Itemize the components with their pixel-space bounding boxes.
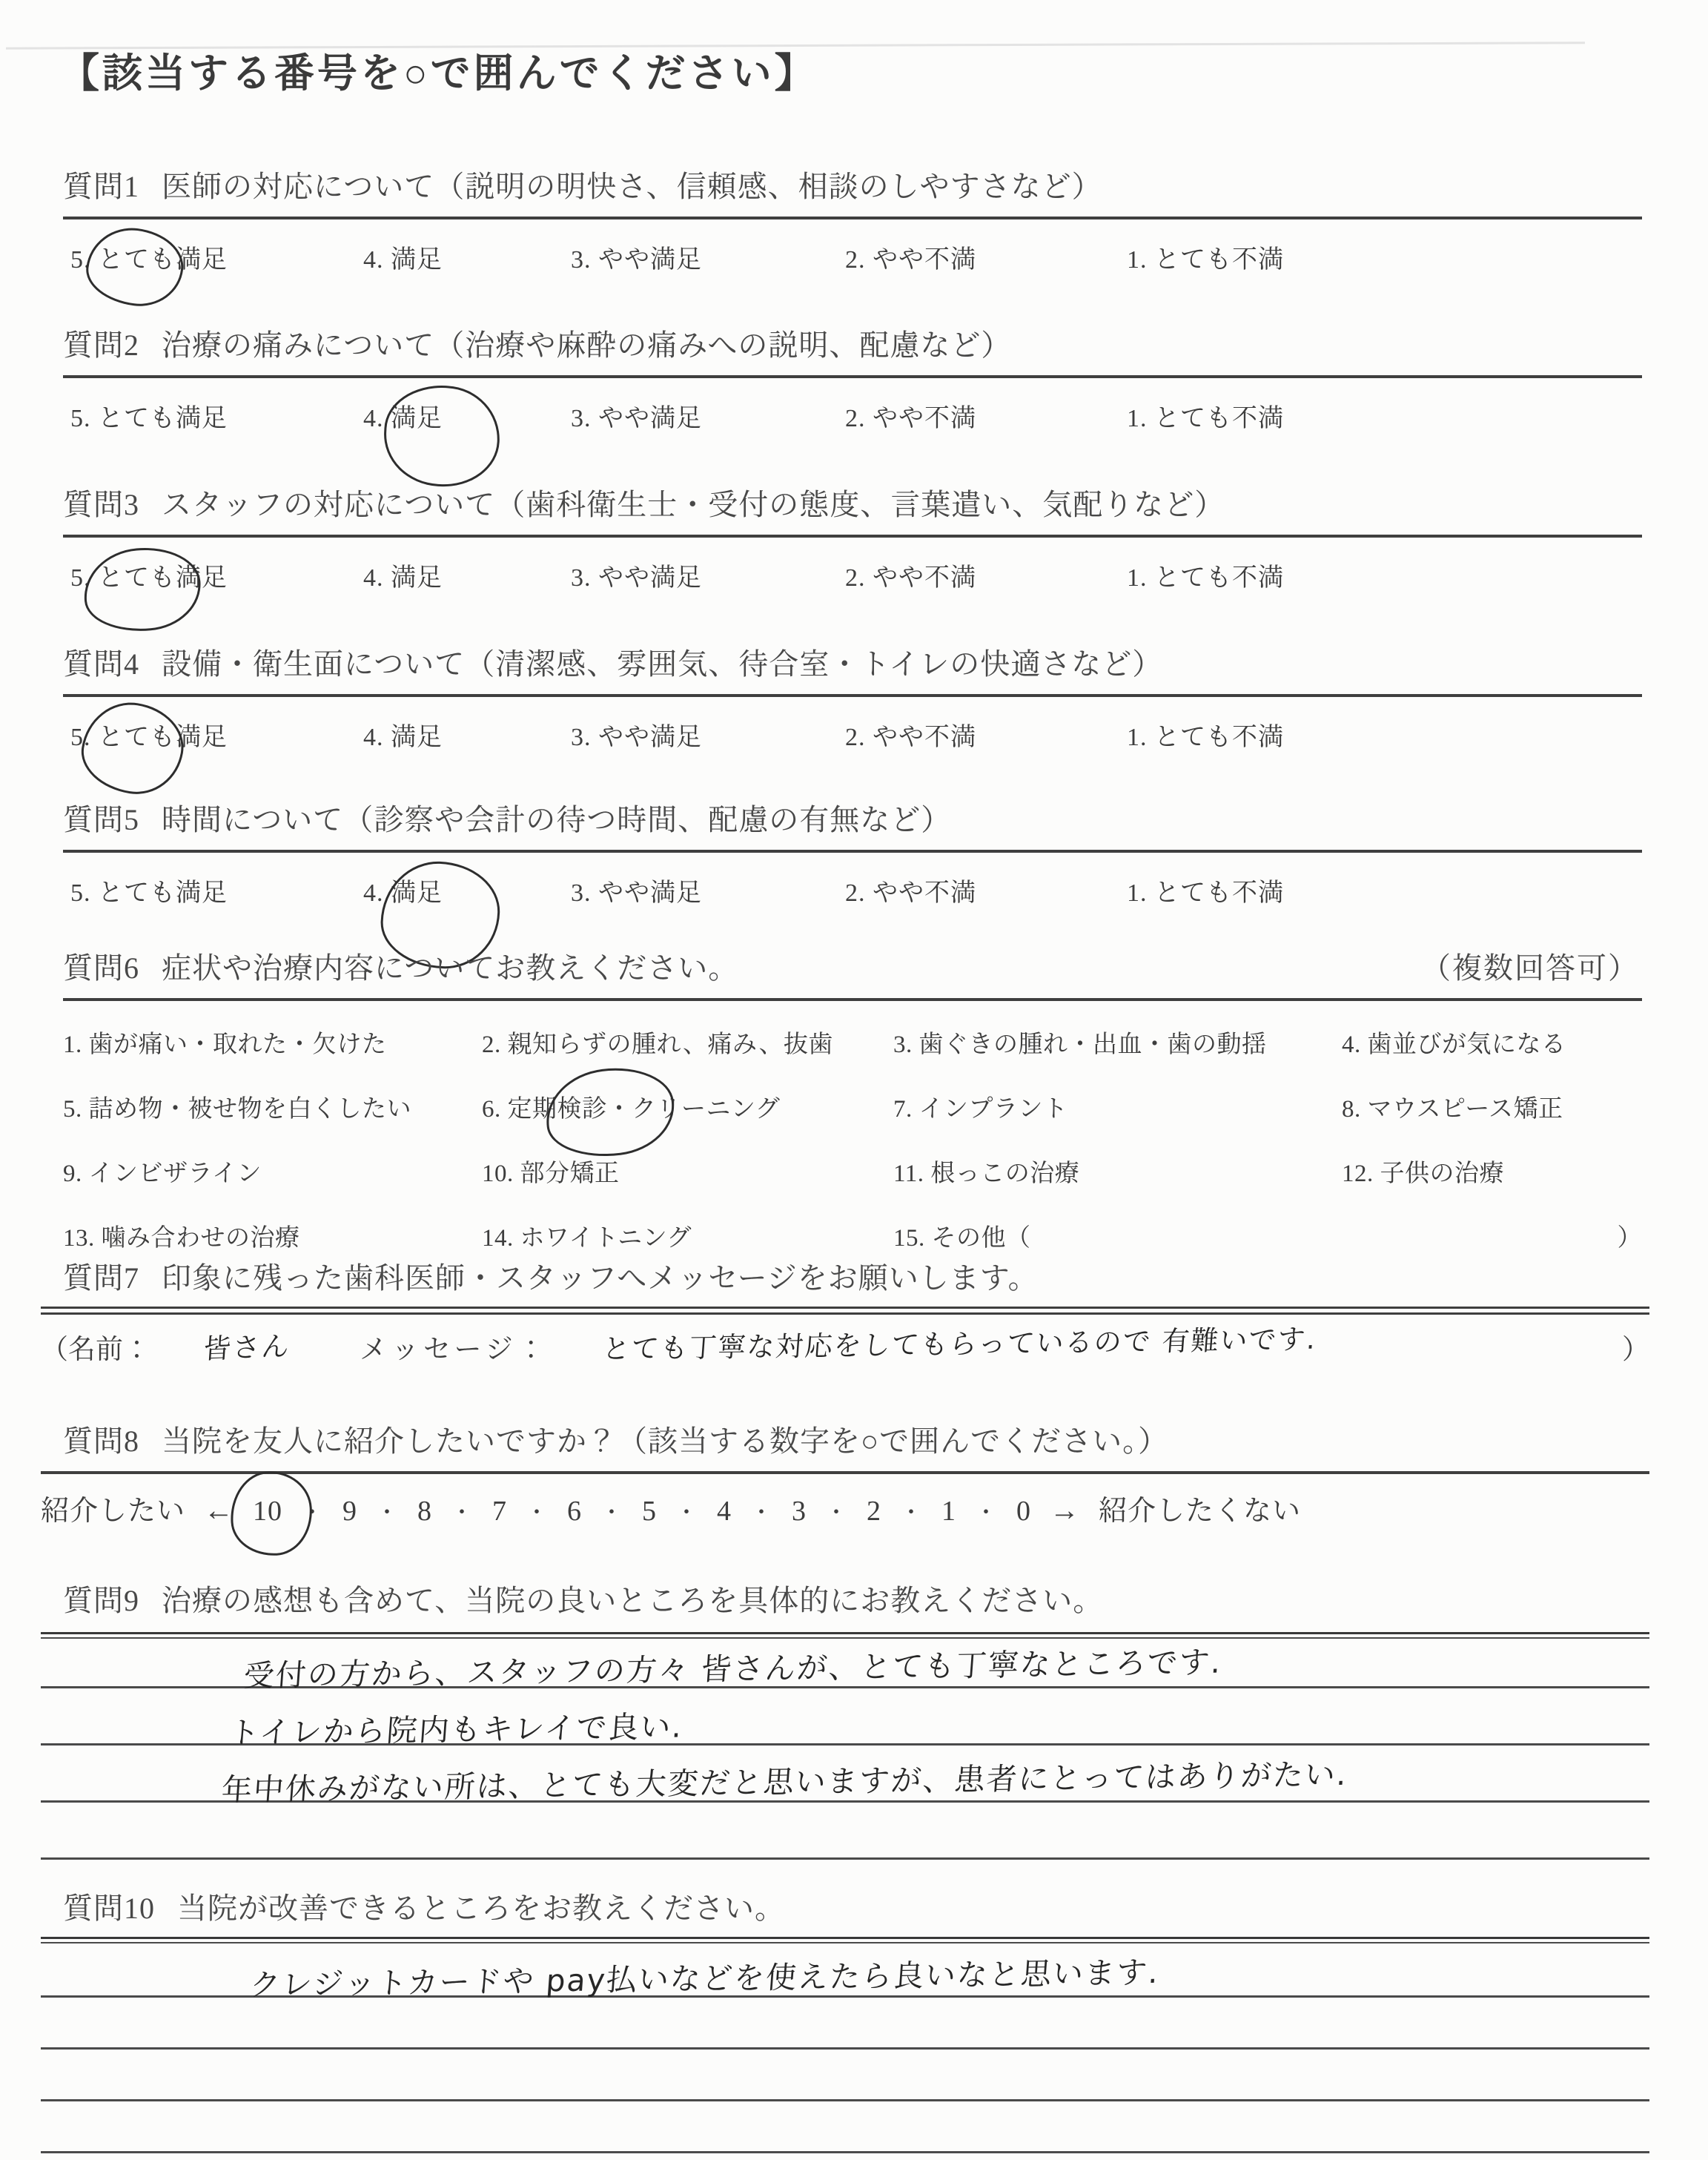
q10-handwriting-1: クレジットカードや pay払いなどを使えたら良いなと思います.: [248, 1948, 1161, 2004]
option-q2-1: 1. とても不満: [1127, 397, 1284, 434]
scanned-survey-page: 【該当する番号を○で囲んでください】 質問1医師の対応について（説明の明快さ、信…: [0, 0, 1708, 2160]
q10-answer-line-3: [41, 2050, 1649, 2101]
q8-number-10: 10: [253, 1495, 282, 1527]
q9-answer-line-3: 年中休みがない所は、とても大変だと思いますが、患者にとってはありがたい.: [41, 1745, 1649, 1803]
q8-number-4: 4: [717, 1495, 732, 1527]
question-5-options: 5. とても満足 4. 満足 3. やや満足 2. やや不満 1. とても不満: [63, 862, 1642, 914]
option-q1-2: 2. やや不満: [845, 239, 976, 275]
q6-item-3: 3. 歯ぐきの腫れ・出血・歯の動揺: [893, 1016, 1342, 1080]
divider-rule: [63, 375, 1642, 378]
option-q5-5: 5. とても満足: [70, 872, 228, 908]
q8-number-1: 1: [941, 1495, 956, 1527]
dot-separator: ・: [675, 1494, 698, 1527]
option-q4-1: 1. とても不満: [1127, 716, 1284, 753]
q6-item-9: 9. インビザライン: [63, 1145, 482, 1209]
dot-separator: ・: [451, 1494, 474, 1527]
option-label: 5. とても満足: [70, 724, 228, 751]
q8-number-5: 5: [642, 1495, 657, 1527]
question-9-title: 治療の感想も含めて、当院の良いところを具体的にお教えください。: [162, 1584, 1103, 1617]
question-5-heading: 質問5時間について（診察や会計の待つ時間、配慮の有無など）: [63, 802, 1642, 838]
question-7-title: 印象に残った歯科医師・スタッフへメッセージをお願いします。: [162, 1261, 1039, 1295]
circle-annotation-q2: [382, 383, 503, 489]
question-10-heading: 質問10当院が改善できるところをお教えください。: [63, 1891, 1649, 1926]
option-q3-3: 3. やや満足: [571, 557, 702, 593]
question-4-heading: 質問4設備・衛生面について（清潔感、雰囲気、待合室・トイレの快適さなど）: [63, 647, 1642, 682]
divider-rule: [63, 217, 1642, 219]
q6-item-7: 7. インプラント: [893, 1080, 1342, 1145]
divider-rule-heavy: [41, 1632, 1649, 1639]
question-5-section: 質問5時間について（診察や会計の待つ時間、配慮の有無など） 5. とても満足 4…: [63, 802, 1642, 914]
q7-name-label: （名前：: [41, 1327, 150, 1367]
option-q4-5: 5. とても満足: [70, 716, 228, 753]
question-8-title: 当院を友人に紹介したいですか？（該当する数字を○で囲んでください。）: [162, 1424, 1168, 1458]
dot-separator: ・: [750, 1494, 773, 1527]
question-7-label: 質問7: [63, 1261, 139, 1295]
option-q4-3: 3. やや満足: [571, 716, 702, 753]
question-6-title: 症状や治療内容についてお教えください。: [162, 951, 738, 986]
q6-item-2: 2. 親知らずの腫れ、痛み、抜歯: [482, 1016, 893, 1080]
option-q1-4: 4. 満足: [363, 239, 443, 275]
option-q2-4: 4. 満足: [363, 397, 443, 434]
dot-separator: ・: [376, 1494, 399, 1527]
q8-number-6: 6: [567, 1495, 582, 1527]
q7-name-handwriting: 皆さん: [202, 1324, 292, 1367]
question-3-heading: 質問3スタッフの対応について（歯科衛生士・受付の態度、言葉遣い、気配りなど）: [63, 487, 1642, 523]
question-3-label: 質問3: [63, 488, 139, 521]
divider-rule: [63, 850, 1642, 853]
question-1-heading: 質問1医師の対応について（説明の明快さ、信頼感、相談のしやすさなど）: [63, 169, 1642, 205]
option-q5-4: 4. 満足: [363, 872, 443, 908]
q6-item-8: 8. マウスピース矯正: [1342, 1080, 1642, 1145]
q6-item-6: 6. 定期検診・クリーニング: [482, 1080, 893, 1145]
question-1-options: 5. とても満足 4. 満足 3. やや満足 2. やや不満 1. とても不満: [63, 228, 1642, 280]
q10-answer-line-2: [41, 1998, 1649, 2050]
dot-separator: ・: [825, 1494, 848, 1527]
question-4-section: 質問4設備・衛生面について（清潔感、雰囲気、待合室・トイレの快適さなど） 5. …: [63, 647, 1642, 758]
option-q2-5: 5. とても満足: [70, 397, 228, 434]
option-label: 5. とても満足: [70, 246, 228, 274]
question-8-label: 質問8: [63, 1424, 139, 1458]
question-8-section: 質問8当院を友人に紹介したいですか？（該当する数字を○で囲んでください。） 紹介…: [41, 1424, 1649, 1528]
dot-separator: ・: [600, 1494, 623, 1527]
q10-answer-line-4: [41, 2101, 1649, 2153]
option-q3-1: 1. とても不満: [1127, 557, 1284, 593]
option-q1-3: 3. やや満足: [571, 239, 702, 275]
question-9-label: 質問9: [63, 1584, 139, 1617]
question-9-section: 質問9治療の感想も含めて、当院の良いところを具体的にお教えください。 受付の方か…: [41, 1583, 1649, 1860]
question-2-label: 質問2: [63, 328, 139, 362]
option-q3-5: 5. とても満足: [70, 557, 228, 593]
divider-rule-double: [41, 1307, 1649, 1315]
question-2-options: 5. とても満足 4. 満足 3. やや満足 2. やや不満 1. とても不満: [63, 387, 1642, 439]
q6-item-6-label: 6. 定期検診・クリーニング: [482, 1096, 780, 1123]
q7-message-handwriting: とても丁寧な対応をしてもらっているので 有難いです.: [601, 1316, 1318, 1367]
option-label: 4. 満足: [363, 879, 443, 907]
q6-item-4: 4. 歯並びが気になる: [1342, 1016, 1642, 1080]
divider-rule: [63, 535, 1642, 538]
question-5-title: 時間について（診察や会計の待つ時間、配慮の有無など）: [162, 803, 951, 836]
q8-number-3: 3: [792, 1495, 807, 1527]
q10-answer-line-1: クレジットカードや pay払いなどを使えたら良いなと思います.: [41, 1943, 1649, 1998]
question-7-section: 質問7印象に残った歯科医師・スタッフへメッセージをお願いします。 （名前： 皆さ…: [41, 1261, 1649, 1367]
dot-separator: ・: [975, 1494, 998, 1527]
question-1-section: 質問1医師の対応について（説明の明快さ、信頼感、相談のしやすさなど） 5. とて…: [63, 169, 1642, 280]
question-7-heading: 質問7印象に残った歯科医師・スタッフへメッセージをお願いします。: [63, 1261, 1649, 1296]
question-1-title: 医師の対応について（説明の明快さ、信頼感、相談のしやすさなど）: [162, 170, 1102, 203]
q8-number-8: 8: [417, 1495, 432, 1527]
q6-item-11: 11. 根っこの治療: [893, 1145, 1342, 1209]
question-10-label: 質問10: [63, 1892, 155, 1925]
question-4-title: 設備・衛生面について（清潔感、雰囲気、待合室・トイレの快適さなど）: [162, 647, 1162, 681]
q9-answer-line-1: 受付の方から、スタッフの方々 皆さんが、とても丁寧なところです.: [41, 1639, 1649, 1688]
question-6-heading: 質問6症状や治療内容についてお教えください。 （複数回答可）: [63, 951, 1642, 986]
question-4-options: 5. とても満足 4. 満足 3. やや満足 2. やや不満 1. とても不満: [63, 706, 1642, 758]
option-q5-2: 2. やや不満: [845, 872, 976, 908]
question-9-heading: 質問9治療の感想も含めて、当院の良いところを具体的にお教えください。: [63, 1583, 1649, 1619]
q9-answer-line-2: トイレから院内もキレイで良い.: [41, 1688, 1649, 1745]
left-arrow-icon: ←: [204, 1493, 234, 1527]
q8-number-0: 0: [1016, 1495, 1031, 1527]
question-7-answer-row: （名前： 皆さん メッセージ： とても丁寧な対応をしてもらっているので 有難いで…: [41, 1327, 1649, 1367]
option-q2-3: 3. やや満足: [571, 397, 702, 434]
question-3-options: 5. とても満足 4. 満足 3. やや満足 2. やや不満 1. とても不満: [63, 546, 1642, 598]
option-q4-2: 2. やや不満: [845, 716, 976, 753]
divider-rule-heavy: [41, 1937, 1649, 1943]
q8-number-7: 7: [492, 1495, 507, 1527]
q9-handwriting-1: 受付の方から、スタッフの方々 皆さんが、とても丁寧なところです.: [242, 1638, 1224, 1695]
question-5-label: 質問5: [63, 803, 139, 836]
dot-separator: ・: [900, 1494, 923, 1527]
divider-rule: [41, 1471, 1649, 1474]
form-title: 【該当する番号を○で囲んでください】: [59, 42, 818, 99]
option-q3-2: 2. やや不満: [845, 557, 976, 593]
dot-separator: ・: [526, 1494, 549, 1527]
q7-message-label: メッセージ：: [360, 1327, 549, 1367]
question-4-label: 質問4: [63, 647, 139, 681]
option-label: 5. とても満足: [70, 564, 228, 592]
q6-item-5: 5. 詰め物・被せ物を白くしたい: [63, 1080, 482, 1145]
option-q4-4: 4. 満足: [363, 716, 443, 753]
q8-left-label: 紹介したい: [41, 1487, 185, 1528]
dot-separator: ・: [301, 1494, 324, 1527]
q8-right-label: 紹介したくない: [1099, 1487, 1301, 1528]
question-2-title: 治療の痛みについて（治療や麻酔の痛みへの説明、配慮など）: [162, 328, 1011, 362]
question-2-heading: 質問2治療の痛みについて（治療や麻酔の痛みへの説明、配慮など）: [63, 328, 1642, 363]
question-3-section: 質問3スタッフの対応について（歯科衛生士・受付の態度、言葉遣い、気配りなど） 5…: [63, 487, 1642, 598]
q6-item-10: 10. 部分矯正: [482, 1145, 893, 1209]
question-8-heading: 質問8当院を友人に紹介したいですか？（該当する数字を○で囲んでください。）: [63, 1424, 1649, 1459]
q9-answer-line-4: [41, 1803, 1649, 1860]
question-6-section: 質問6症状や治療内容についてお教えください。 （複数回答可） 1. 歯が痛い・取…: [63, 951, 1642, 1274]
q8-number-2: 2: [867, 1495, 881, 1527]
question-6-label: 質問6: [63, 951, 139, 986]
option-label: 4. 満足: [363, 405, 443, 432]
option-q3-4: 4. 満足: [363, 557, 443, 593]
option-q5-1: 1. とても不満: [1127, 872, 1284, 908]
option-q1-5: 5. とても満足: [70, 239, 228, 275]
q6-item-1: 1. 歯が痛い・取れた・欠けた: [63, 1016, 482, 1080]
question-1-label: 質問1: [63, 170, 139, 203]
q7-close-paren: ）: [1622, 1327, 1649, 1367]
q8-number-10-label: 10: [253, 1496, 282, 1527]
option-q5-3: 3. やや満足: [571, 872, 702, 908]
q9-handwriting-2: トイレから院内もキレイで良い.: [228, 1702, 685, 1752]
q9-handwriting-3: 年中休みがない所は、とても大変だと思いますが、患者にとってはありがたい.: [220, 1750, 1349, 1809]
question-6-note: （複数回答可）: [1421, 951, 1639, 986]
divider-rule: [63, 694, 1642, 697]
q6-item-12: 12. 子供の治療: [1342, 1145, 1642, 1209]
divider-rule: [63, 998, 1642, 1001]
question-6-items: 1. 歯が痛い・取れた・欠けた 2. 親知らずの腫れ、痛み、抜歯 3. 歯ぐきの…: [63, 1016, 1642, 1274]
q8-number-9: 9: [342, 1495, 357, 1527]
question-8-scale-row: 紹介したい ← 10 ・ 9 ・ 8 ・ 7 ・ 6 ・ 5 ・ 4 ・ 3 ・…: [41, 1487, 1649, 1528]
right-arrow-icon: →: [1050, 1493, 1080, 1527]
question-10-title: 当院が改善できるところをお教えください。: [177, 1892, 785, 1925]
question-2-section: 質問2治療の痛みについて（治療や麻酔の痛みへの説明、配慮など） 5. とても満足…: [63, 328, 1642, 439]
question-10-section: 質問10当院が改善できるところをお教えください。 クレジットカードや pay払い…: [41, 1891, 1649, 2153]
option-q2-2: 2. やや不満: [845, 397, 976, 434]
question-3-title: スタッフの対応について（歯科衛生士・受付の態度、言葉遣い、気配りなど）: [162, 488, 1225, 521]
option-q1-1: 1. とても不満: [1127, 239, 1284, 275]
